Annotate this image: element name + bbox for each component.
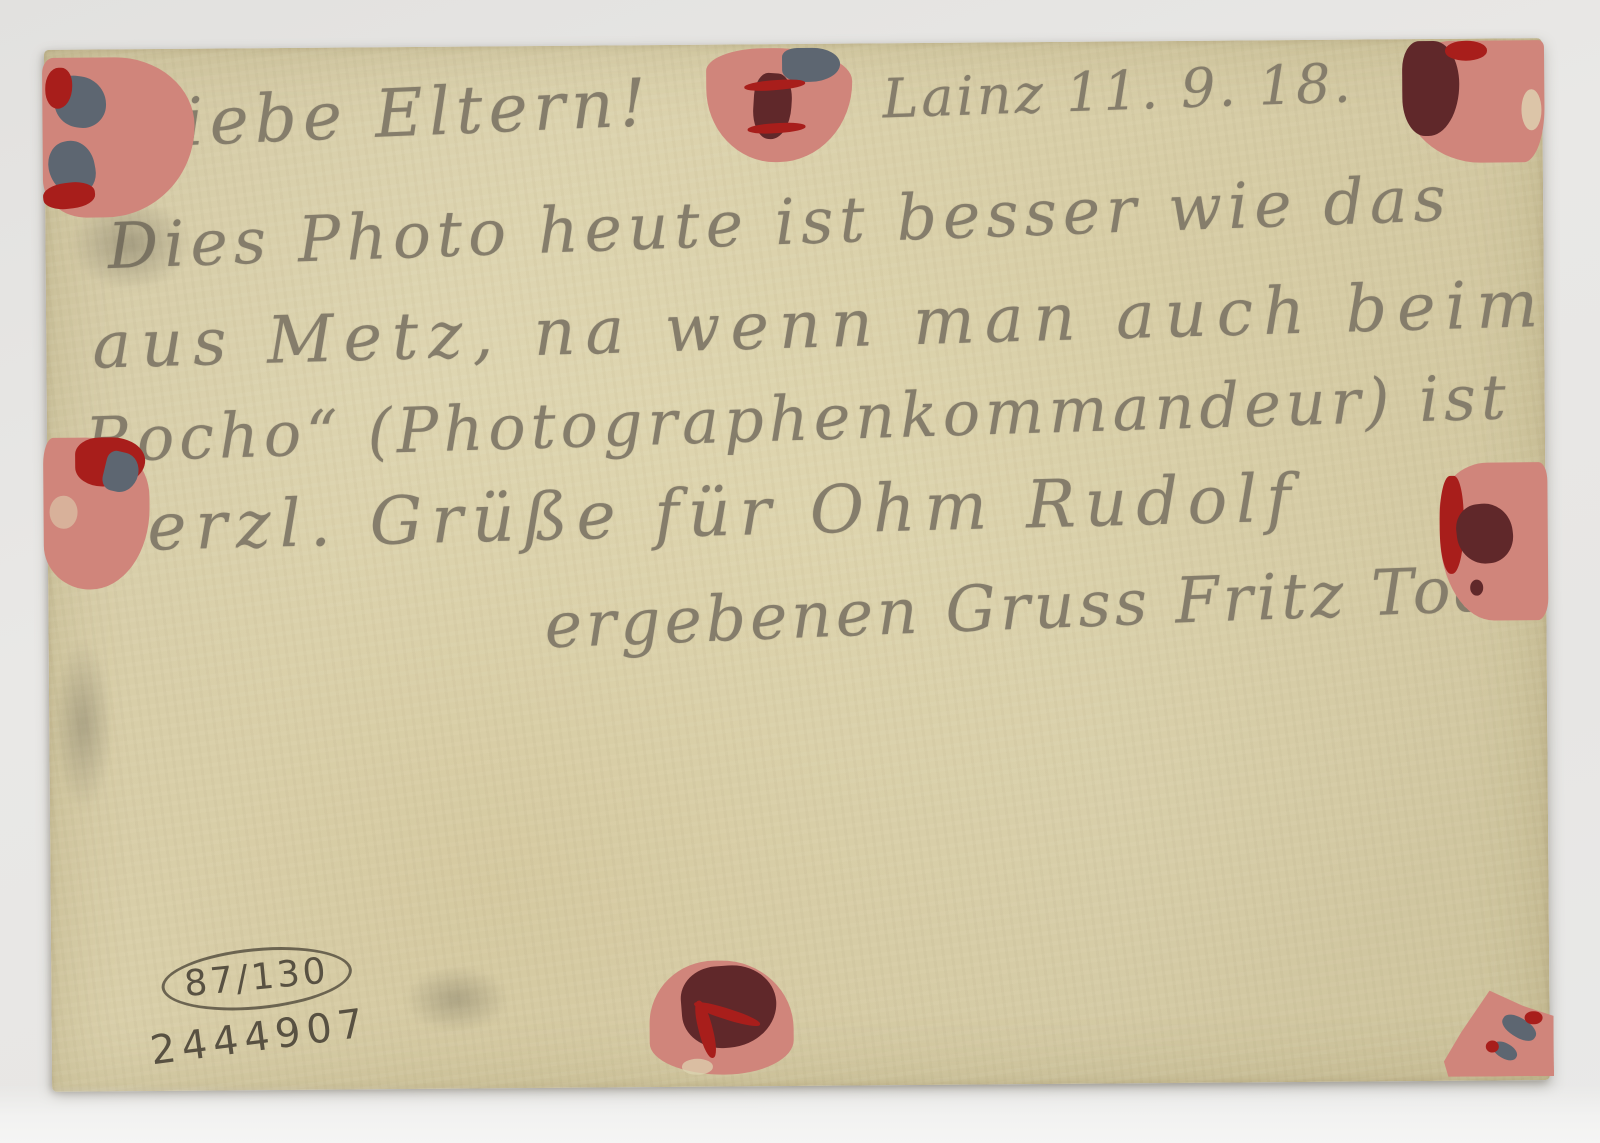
photo-backdrop: Liebe Eltern! Lainz 11. 9. 18. Dies Phot…	[0, 0, 1600, 1143]
inventory-number: 2444907	[148, 1000, 372, 1074]
postcard-back: Liebe Eltern! Lainz 11. 9. 18. Dies Phot…	[44, 38, 1550, 1092]
wax-seal-top-left	[42, 57, 195, 218]
handwritten-dateline: Lainz 11. 9. 18.	[881, 51, 1354, 130]
dirt-speckles-bottom	[381, 951, 532, 1047]
wax-detail	[1444, 41, 1487, 61]
wax-seal-left-middle	[43, 437, 150, 590]
handwritten-signature-line: ergebenen Gruss Fritz Todt	[543, 551, 1529, 663]
handwritten-line-4: herzl. Grüße für Ohm Rudolf	[95, 460, 1301, 567]
wax-detail	[1454, 501, 1517, 567]
wax-seal-bottom-right	[1443, 990, 1554, 1077]
wax-detail	[42, 180, 96, 211]
wax-detail	[1470, 580, 1483, 596]
wax-seal-top-middle	[706, 48, 853, 163]
wax-detail	[1525, 1011, 1543, 1025]
wax-detail	[678, 962, 779, 1051]
wax-seal-top-right	[1402, 40, 1545, 163]
wax-detail	[682, 1059, 714, 1075]
pencil-smudge-left-edge	[42, 609, 124, 840]
wax-detail	[1486, 1040, 1499, 1052]
handwritten-line-1: Dies Photo heute ist besser wie das	[106, 162, 1452, 283]
catalog-number: 87/130	[183, 950, 331, 1005]
wax-seal-bottom-middle	[649, 960, 794, 1075]
wax-detail	[1522, 89, 1542, 131]
wax-detail	[50, 495, 78, 529]
handwritten-greeting: Liebe Eltern!	[131, 64, 654, 163]
wax-detail	[782, 48, 841, 83]
